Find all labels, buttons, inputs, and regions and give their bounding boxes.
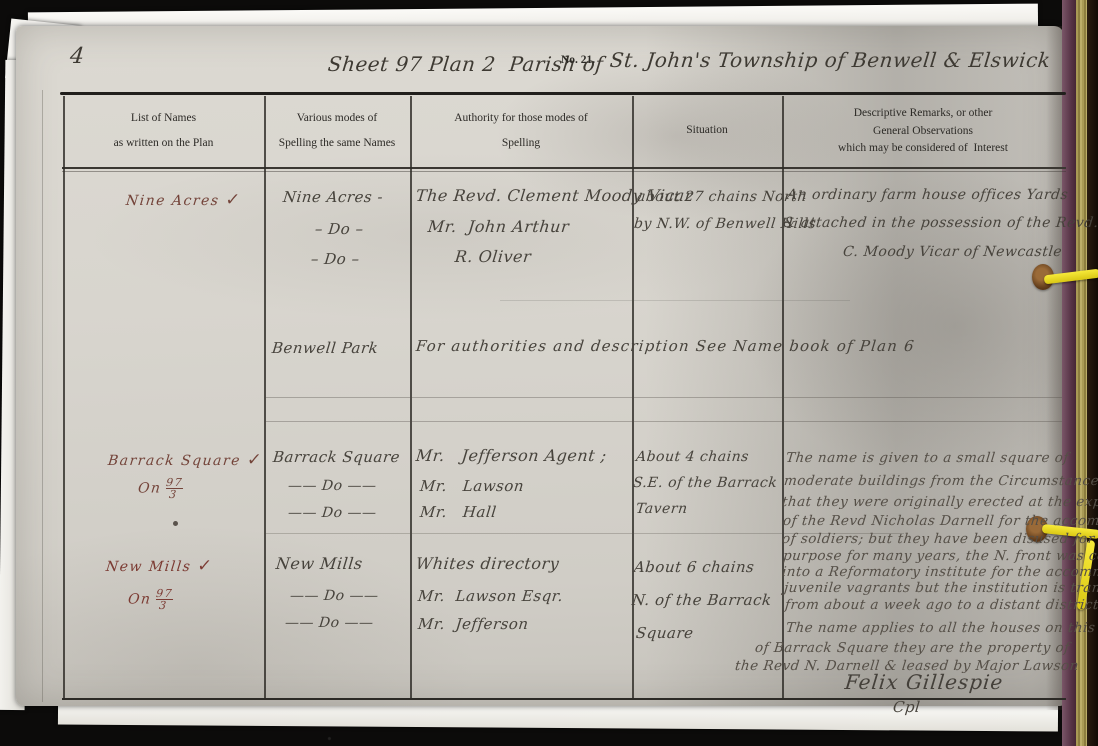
col-header-remarks-line3: which may be considered of Interest <box>782 142 1064 154</box>
row-barrack-square-remarks-9: from about a week ago to a distant distr… <box>784 597 1098 613</box>
row-separator-pencil-1 <box>264 397 1062 398</box>
row-nine-acres-name: Nine Acres ✓ <box>125 190 242 210</box>
row-barrack-square-remarks-1: The name is given to a small square of <box>785 450 1070 466</box>
row-barrack-square-remarks-5: of soldiers; but they have been disused … <box>781 531 1098 547</box>
scanned-ledger-page: 4 Sheet 97 Plan 2 Parish of No. 21. St. … <box>0 0 1098 746</box>
col-header-authority-line1: Authority for those modes of <box>410 112 632 124</box>
fraction-numerator: 97 <box>166 477 184 488</box>
row-barrack-square-remarks-8: juvenile vagrants but the institution is… <box>783 580 1098 596</box>
row-new-mills-situation-3: Square <box>635 624 694 642</box>
row-nine-acres-remarks-3: C. Moody Vicar of Newcastle <box>842 244 1063 260</box>
row-barrack-square-remarks-11: of Barrack Square they are the property … <box>754 640 1070 656</box>
table-left-border <box>63 96 65 698</box>
row-barrack-square-authority-3: Mr. Hall <box>419 503 497 521</box>
row-barrack-square-authority-1: Mr. Jefferson Agent ; <box>415 446 608 465</box>
row-nine-acres-spelling-1: Nine Acres - <box>282 188 384 206</box>
row-barrack-square-name: Barrack Square ✓ <box>107 450 264 470</box>
row-new-mills-spelling-1: New Mills <box>275 554 364 573</box>
row-barrack-square-spelling-2: —— Do —— <box>287 478 377 494</box>
row-new-mills-plan-ref: On973 <box>127 588 174 611</box>
col-header-names-line1: List of Names <box>63 112 264 124</box>
row-barrack-square-remarks-10: The name applies to all the houses on th… <box>785 620 1098 636</box>
row-barrack-square-spelling-3: —— Do —— <box>287 505 377 521</box>
row-barrack-square-situation-2: S.E. of the Barrack <box>632 475 778 491</box>
name-text: Nine Acres <box>125 193 220 209</box>
row-separator-pencil-2 <box>264 421 1062 422</box>
row-barrack-square-spelling-1: Barrack Square <box>272 448 401 466</box>
col-header-situation: Situation <box>632 124 782 136</box>
row-nine-acres-spelling-2: – Do – <box>314 220 364 238</box>
name-text: New Mills <box>105 559 192 575</box>
row-separator-pencil-4 <box>500 300 850 301</box>
col-header-authority-line2: Spelling <box>410 137 632 149</box>
paper-crease <box>42 90 43 702</box>
row-barrack-square-remarks-7: into a Reformatory institute for the acc… <box>781 564 1098 580</box>
col-header-remarks-line1: Descriptive Remarks, or other <box>782 107 1064 119</box>
row-nine-acres-remarks-2: & attached in the possession of the Revd… <box>782 215 1098 231</box>
check-mark: ✓ <box>246 450 264 470</box>
fraction-denominator: 3 <box>164 488 182 500</box>
row-new-mills-spelling-2: —— Do —— <box>289 588 379 604</box>
plan-word: On <box>127 592 152 608</box>
row-new-mills-situation-1: About 6 chains <box>633 558 755 576</box>
col-header-names-line2: as written on the Plan <box>63 137 264 149</box>
header-rule <box>60 92 1066 95</box>
row-barrack-square-remarks-3: that they were originally erected at the… <box>781 494 1098 510</box>
page-number: 4 <box>69 44 86 69</box>
fraction-denominator: 3 <box>154 599 172 611</box>
surveyor-rank: Cpl <box>892 698 921 716</box>
row-new-mills-spelling-3: —— Do —— <box>284 615 374 631</box>
check-mark: ✓ <box>224 190 242 210</box>
row-nine-acres-authority-3: R. Oliver <box>454 247 532 266</box>
column-header-rule-2 <box>62 171 1066 172</box>
surveyor-signature: Felix Gillespie <box>844 670 1005 694</box>
row-barrack-square-remarks-2: moderate buildings from the Circumstance <box>783 473 1098 489</box>
row-nine-acres-remarks-1: An ordinary farm house offices Yards <box>786 187 1069 203</box>
col-header-spelling-line2: Spelling the same Names <box>264 137 410 149</box>
row-new-mills-authority-2: Mr. Lawson Esqr. <box>417 587 564 605</box>
row-barrack-square-remarks-4: of the Revd Nicholas Darnell for the acc… <box>782 513 1098 529</box>
column-header-rule <box>62 167 1066 169</box>
header-printed-number: No. 21. <box>561 54 595 66</box>
name-text: Barrack Square <box>107 453 242 469</box>
row-new-mills-authority-3: Mr. Jefferson <box>417 615 530 633</box>
row-barrack-square-plan-ref: On973 <box>137 477 184 500</box>
row-barrack-square-remarks-6: purpose for many years, the N. front was… <box>782 548 1098 564</box>
row-nine-acres-situation-1: about 27 chains North <box>636 189 808 205</box>
check-mark: ✓ <box>196 556 214 576</box>
row-new-mills-name: New Mills ✓ <box>105 556 214 576</box>
plan-word: On <box>137 481 162 497</box>
row-barrack-square-situation-1: About 4 chains <box>635 449 750 465</box>
plan-fraction: 973 <box>154 588 173 611</box>
row-nine-acres-spelling-3: – Do – <box>310 250 360 268</box>
plan-fraction: 973 <box>164 477 183 500</box>
header-script-township: St. John's Township of Benwell & Elswick <box>609 48 1052 72</box>
row-benwell-park-note: For authorities and description See Name… <box>415 337 916 355</box>
row-benwell-park-spelling: Benwell Park <box>271 339 379 357</box>
row-barrack-square-situation-3: Tavern <box>635 501 688 517</box>
row-barrack-square-authority-2: Mr. Lawson <box>419 477 525 495</box>
row-new-mills-situation-2: N. of the Barrack <box>631 591 773 609</box>
row-nine-acres-authority-2: Mr. John Arthur <box>427 217 570 236</box>
row-new-mills-authority-1: Whites directory <box>415 554 560 573</box>
fraction-numerator: 97 <box>156 588 174 599</box>
col-header-spelling-line1: Various modes of <box>264 112 410 124</box>
ink-spot <box>173 521 178 526</box>
col-header-remarks-line2: General Observations <box>782 125 1064 137</box>
